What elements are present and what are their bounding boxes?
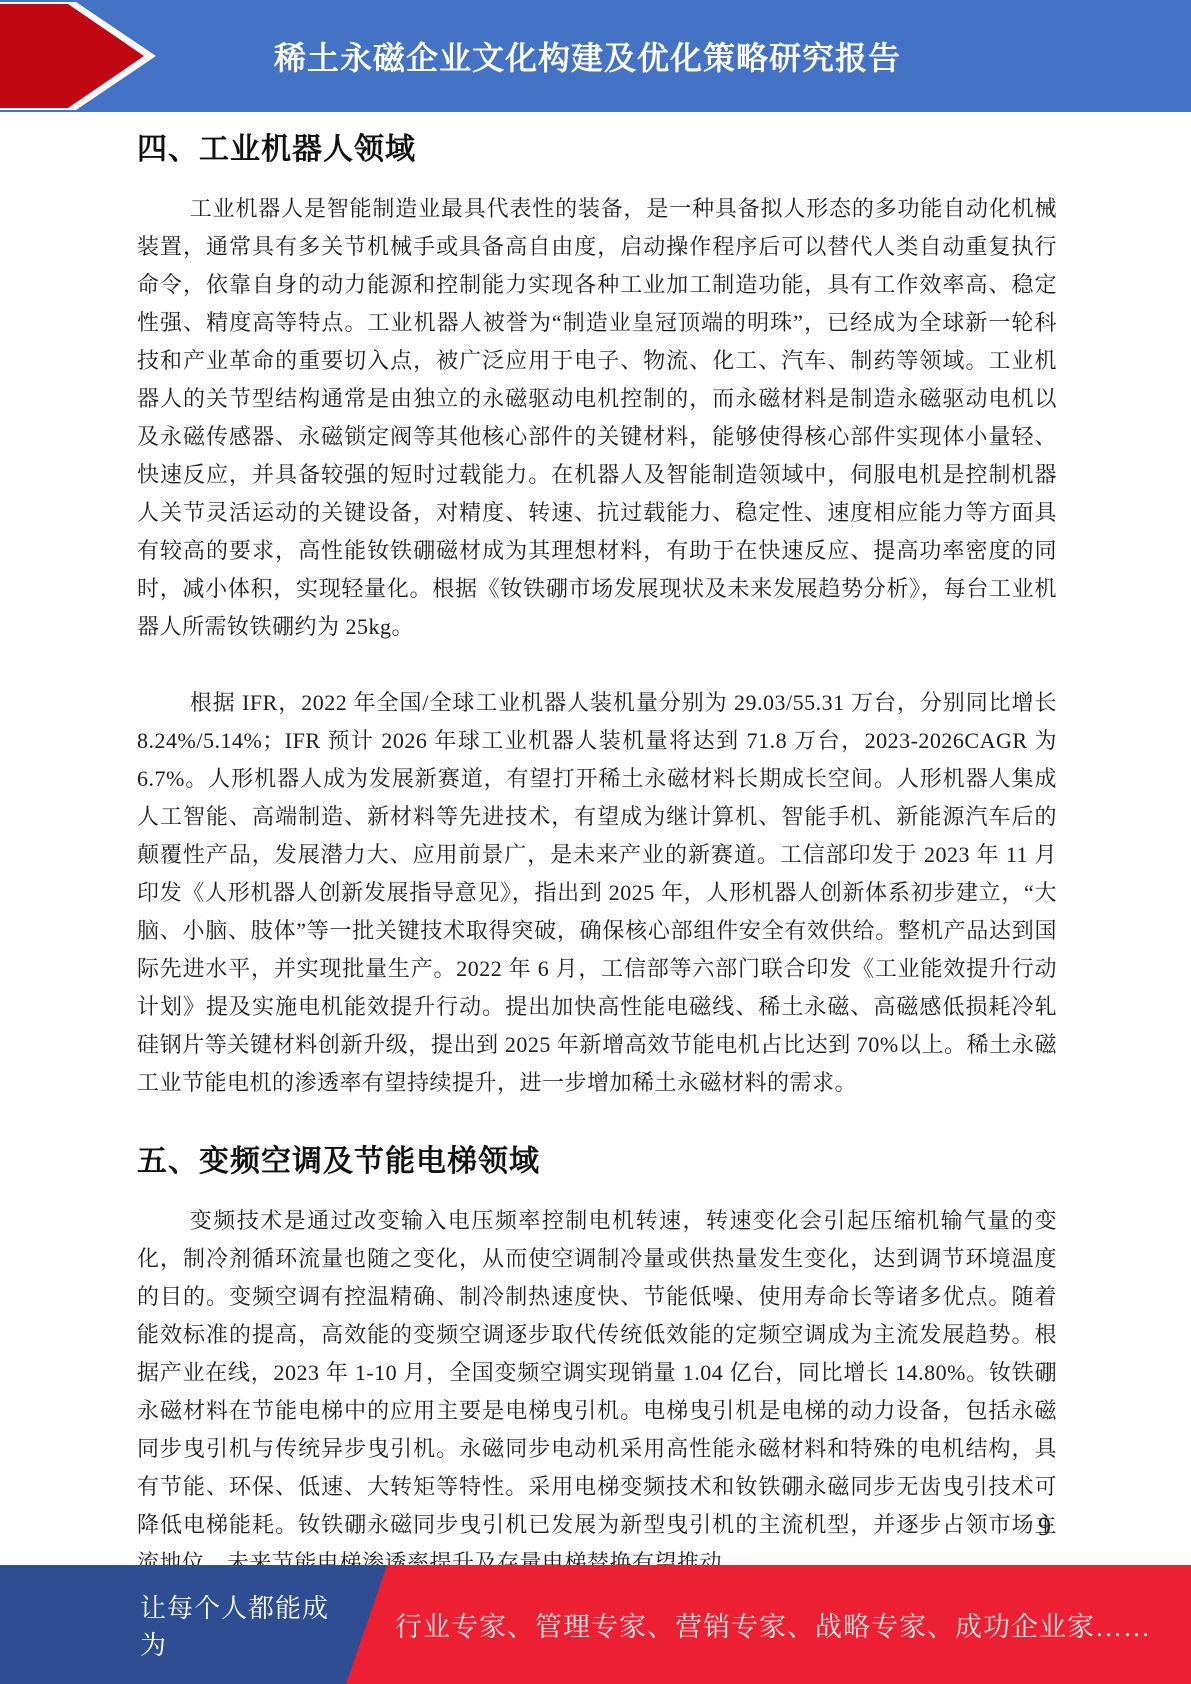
footer-slogan-left: 让每个人都能成为 — [140, 1565, 355, 1684]
report-page: 稀土永磁企业文化构建及优化策略研究报告 四、工业机器人领域 工业机器人是智能制造… — [0, 0, 1191, 1684]
footer-slogan-right: 行业专家、管理专家、营销专家、战略专家、成功企业家…… — [395, 1565, 1151, 1684]
document-body: 四、工业机器人领域 工业机器人是智能制造业最具代表性的装备，是一种具备拟人形态的… — [137, 112, 1057, 1582]
footer-banner: 让每个人都能成为 行业专家、管理专家、营销专家、战略专家、成功企业家…… — [0, 1565, 1191, 1684]
paragraph: 变频技术是通过改变输入电压频率控制电机转速，转速变化会引起压缩机输气量的变化，制… — [137, 1202, 1057, 1582]
page-title: 稀土永磁企业文化构建及优化策略研究报告 — [0, 0, 1183, 112]
paragraph: 工业机器人是智能制造业最具代表性的装备，是一种具备拟人形态的多功能自动化机械装置… — [137, 190, 1057, 646]
section-heading-inverter-ac-elevator: 五、变频空调及节能电梯领域 — [137, 1140, 1057, 1184]
section-heading-industrial-robots: 四、工业机器人领域 — [137, 128, 1057, 172]
paragraph: 根据 IFR，2022 年全国/全球工业机器人装机量分别为 29.03/55.3… — [137, 684, 1057, 1102]
page-number: 9 — [1038, 1512, 1051, 1542]
header-banner: 稀土永磁企业文化构建及优化策略研究报告 — [0, 0, 1191, 112]
